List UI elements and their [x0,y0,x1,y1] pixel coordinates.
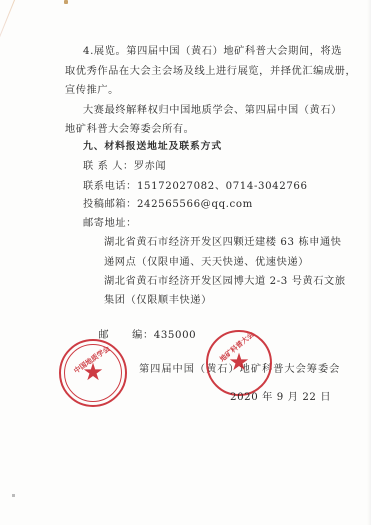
document-page: 4.展览。第四届中国（黄石）地矿科普大会期间，将选 取优秀作品在大会主会场及线上… [0,0,371,525]
postal-code-label: 邮 编： [98,330,153,341]
paragraph-exhibition-line-2: 取优秀作品在大会主会场及线上进行展览，并择优汇编成册， [65,65,356,79]
scan-artifact [64,0,68,4]
contact-email-label: 投稿邮箱： [83,199,137,210]
address-line-1: 湖北省黄石市经济开发区四颗迁建楼 63 栋申通快 [104,236,342,250]
contact-email-value: 242565566@qq.com [137,199,253,210]
contact-person-label: 联 系 人： [83,161,134,172]
address-line-2: 递网点（仅限申通、天天快递、优速快递） [104,256,309,270]
address-line-3: 湖北省黄石市经济开发区园博大道 2-3 号黄石文旅 [104,275,346,289]
section-heading: 九、材料报送地址及联系方式 [83,140,222,154]
seal-organizing-committee: ★ 地矿科普大会 [206,330,272,396]
contact-phone-label: 联系电话： [83,181,137,192]
scan-artifact [12,494,15,497]
page-edge-shadow [367,0,371,525]
signature-date: 2020 年 9 月 22 日 [230,391,331,405]
paragraph-interpretation-line-2: 地矿科普大会筹委会所有。 [65,123,194,137]
paper-crease [0,0,17,125]
contact-person-row: 联 系 人：罗赤闻 [83,160,166,174]
paragraph-exhibition-line-1: 4.展览。第四届中国（黄石）地矿科普大会期间，将选 [83,45,342,59]
postal-code-value: 435000 [154,330,197,341]
paragraph-exhibition-line-3: 宣传推广。 [65,84,119,98]
contact-email-row: 投稿邮箱：242565566@qq.com [83,198,253,212]
contact-phone-value: 15172027082、0714-3042766 [137,181,308,192]
contact-person-value: 罗赤闻 [134,161,166,172]
seal-geological-society: ★ 中国地质学会 [59,339,127,407]
paragraph-interpretation-line-1: 大赛最终解释权归中国地质学会、第四届中国（黄石） [83,104,342,118]
address-line-4: 集团（仅限顺丰快递） [104,294,212,308]
contact-phone-row: 联系电话：15172027082、0714-3042766 [83,180,308,194]
mailing-address-label: 邮寄地址： [83,217,137,231]
